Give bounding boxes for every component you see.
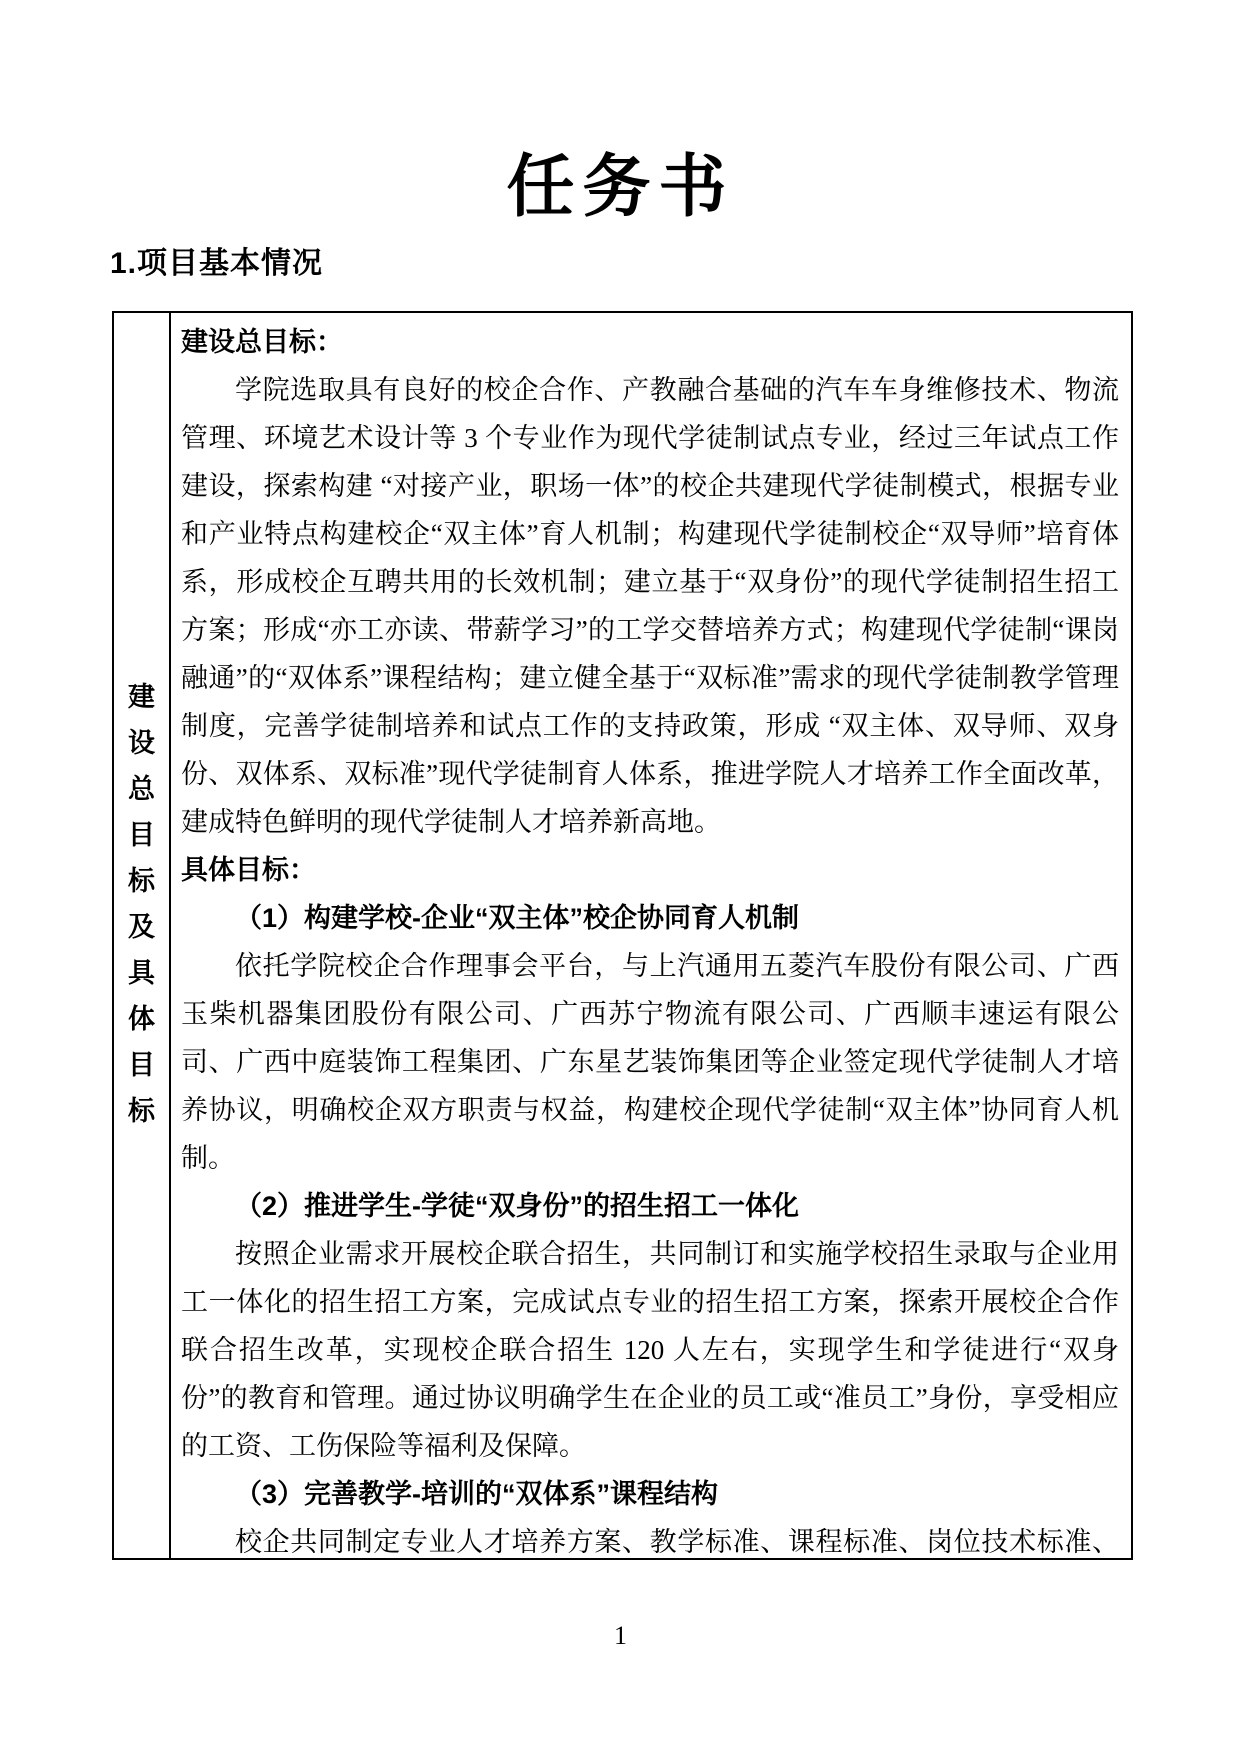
goals-content-cell: 建设总目标： 学院选取具有良好的校企合作、产教融合基础的汽车车身维修技术、物流管… — [171, 313, 1131, 1558]
specific-goal-item3-heading: （3）完善教学-培训的“双体系”课程结构 — [181, 1470, 1119, 1518]
specific-goal-item2-heading: （2）推进学生-学徒“双身份”的招生招工一体化 — [181, 1182, 1119, 1230]
overall-goal-paragraph: 学院选取具有良好的校企合作、产教融合基础的汽车车身维修技术、物流管理、环境艺术设… — [181, 366, 1119, 846]
specific-goal-item3-paragraph: 校企共同制定专业人才培养方案、教学标准、课程标准、岗位技术标准、师傅标准、质量监… — [181, 1518, 1119, 1558]
specific-goal-item2-paragraph: 按照企业需求开展校企联合招生，共同制订和实施学校招生录取与企业用工一体化的招生招… — [181, 1230, 1119, 1470]
specific-goal-item1-heading: （1）构建学校-企业“双主体”校企协同育人机制 — [181, 894, 1119, 942]
page-number: 1 — [0, 1620, 1241, 1651]
project-info-table: 建设总目标及具体目标 建设总目标： 学院选取具有良好的校企合作、产教融合基础的汽… — [112, 311, 1133, 1560]
document-title: 任务书 — [0, 152, 1241, 223]
section-heading: 1.项目基本情况 — [110, 246, 323, 282]
specific-goal-heading: 具体目标： — [181, 846, 1119, 894]
row-header-vertical-label: 建设总目标及具体目标 — [128, 674, 155, 1198]
row-header-cell: 建设总目标及具体目标 — [114, 313, 171, 1558]
specific-goal-item1-paragraph: 依托学院校企合作理事会平台，与上汽通用五菱汽车股份有限公司、广西玉柴机器集团股份… — [181, 942, 1119, 1182]
overall-goal-heading: 建设总目标： — [181, 318, 1119, 366]
